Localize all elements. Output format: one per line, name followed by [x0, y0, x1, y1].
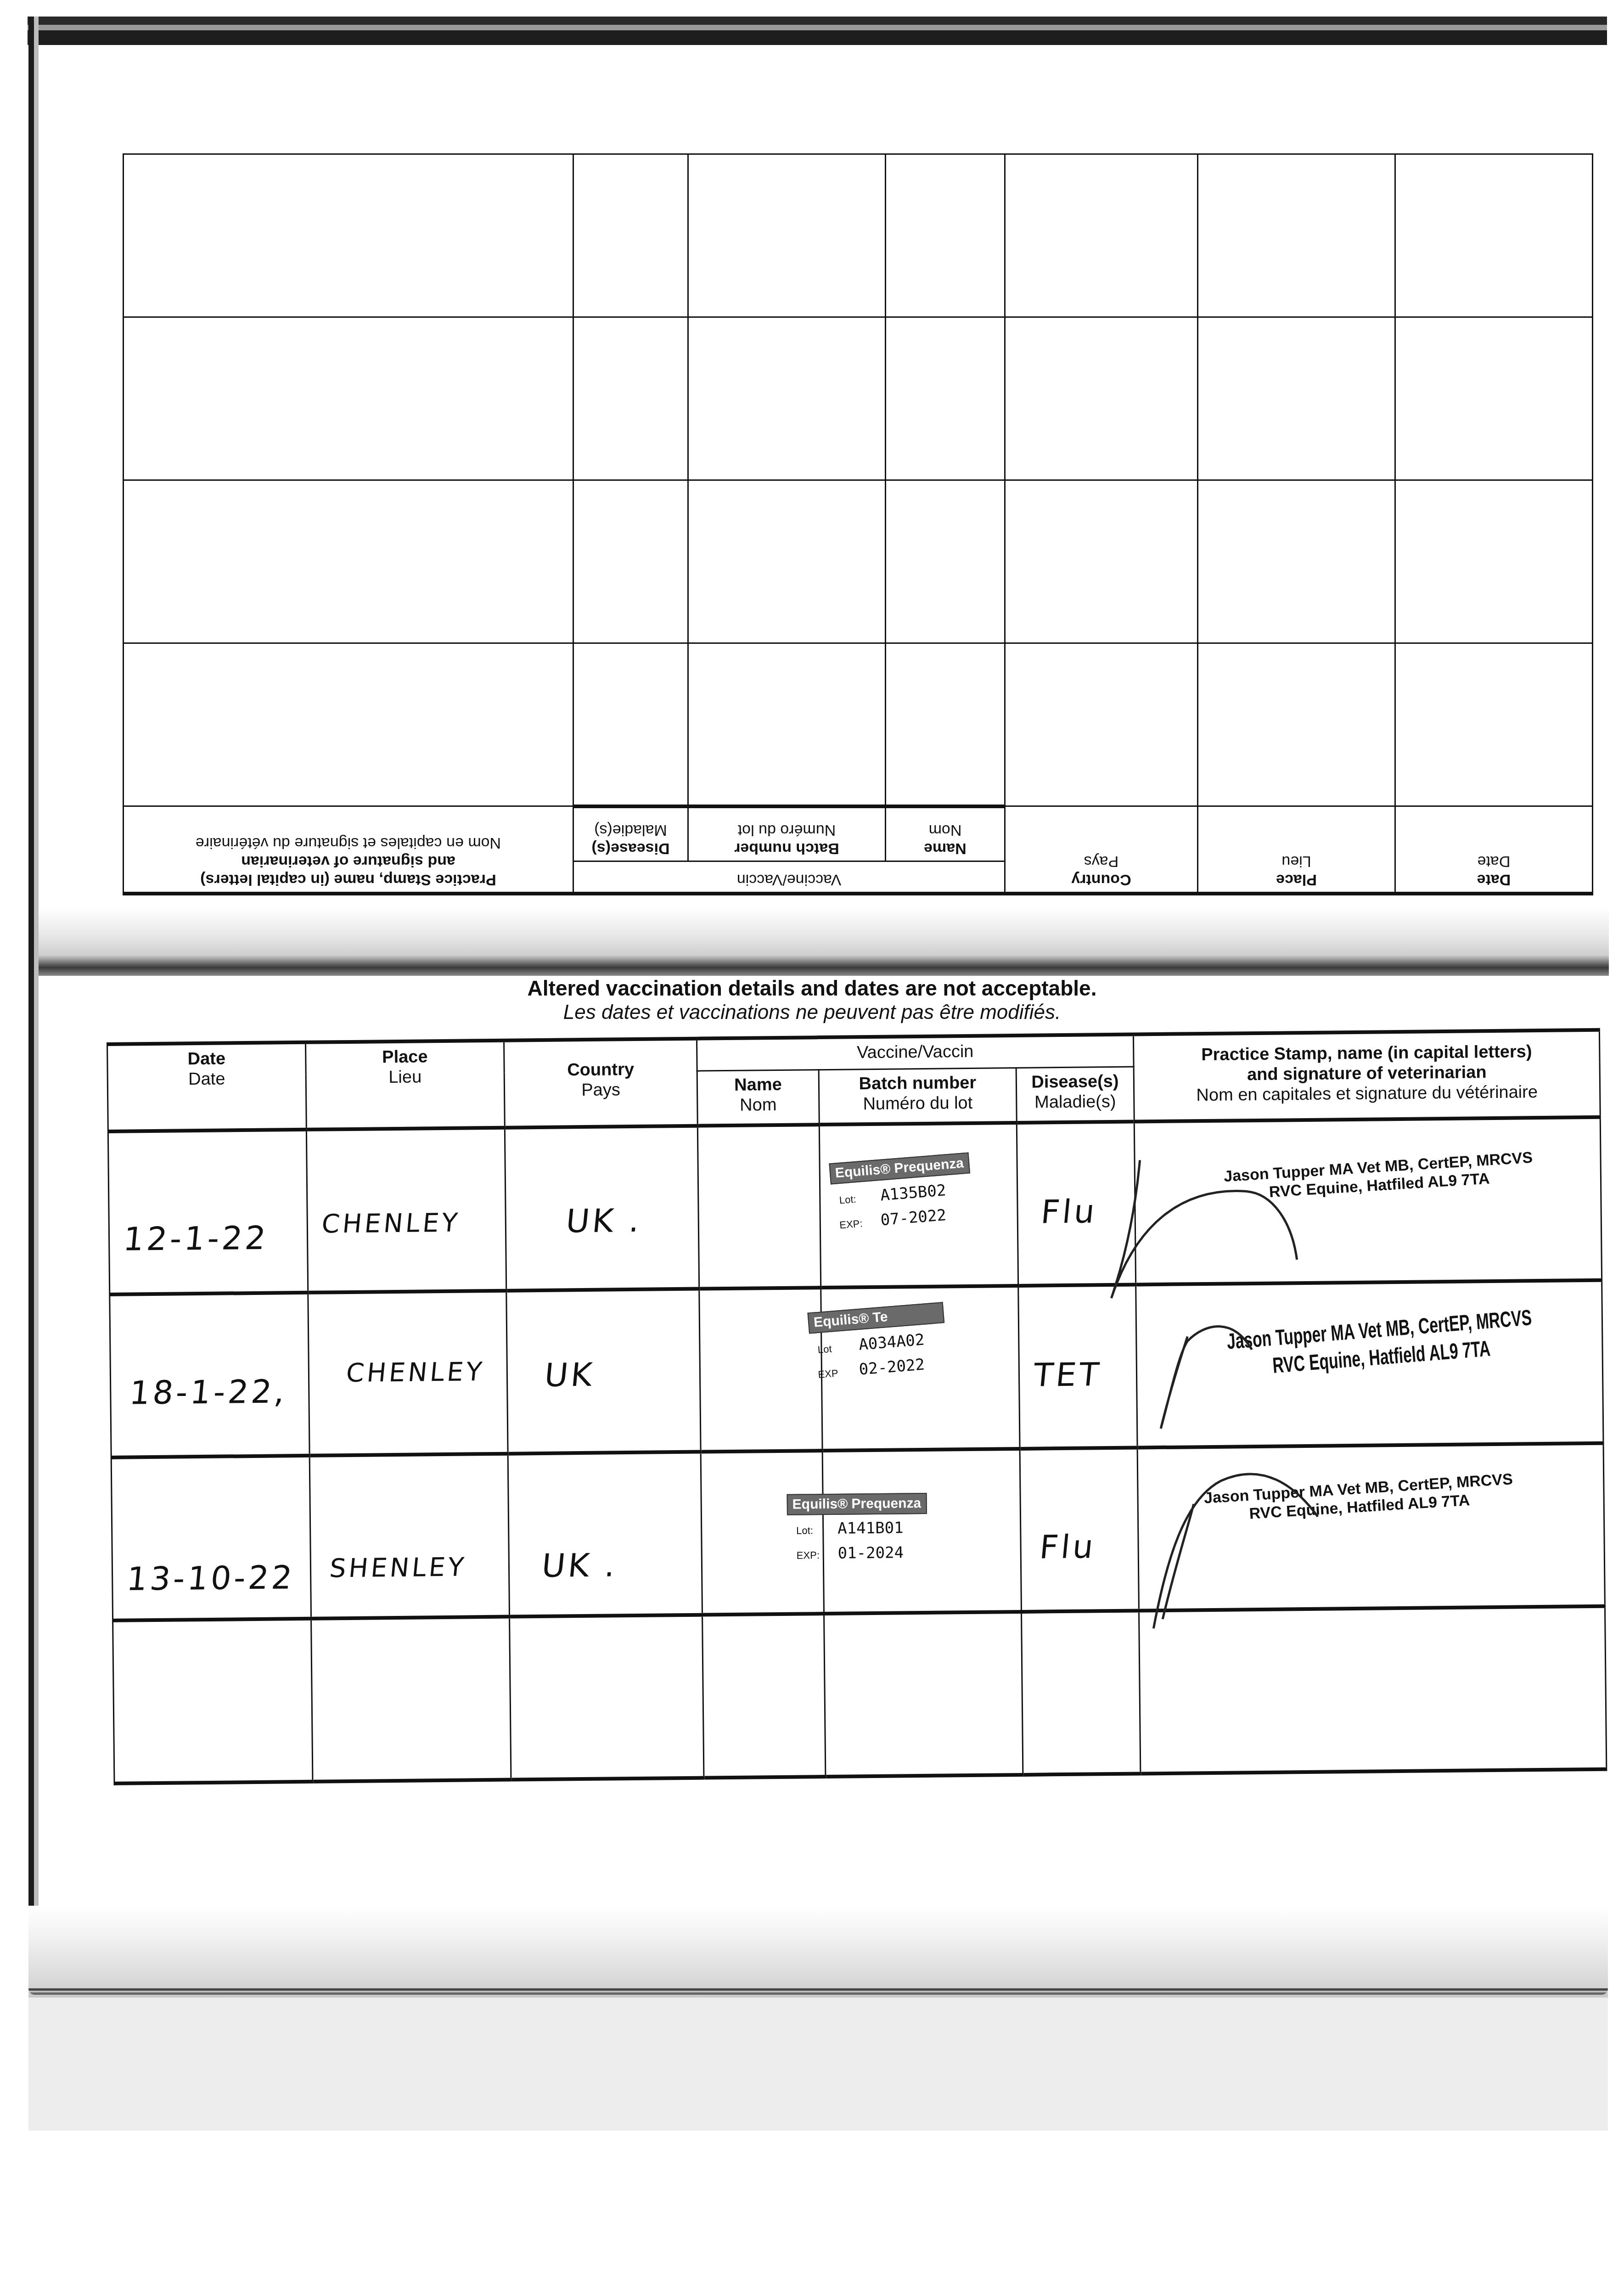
cell-disease: Flu	[1017, 1122, 1135, 1286]
top-table-row	[123, 480, 1592, 643]
handwritten-disease: Flu	[1040, 1193, 1099, 1231]
cell-vaccine-name	[699, 1288, 822, 1452]
top-header-country: CountryPays	[1005, 806, 1198, 894]
handwritten-disease: Flu	[1038, 1528, 1098, 1566]
lot-number: A141B01	[837, 1519, 904, 1537]
vaccine-brand: Equilis® Prequenza	[829, 1152, 970, 1184]
header-batch-number: Batch numberNuméro du lot	[819, 1068, 1017, 1125]
lot-number: A135B02	[880, 1181, 947, 1204]
cell-country: UK .	[505, 1126, 699, 1291]
top-table-row	[123, 317, 1592, 480]
handwritten-place: CHENLEY	[320, 1208, 461, 1239]
handwritten-country: UK	[543, 1356, 596, 1394]
page-bottom-edge	[28, 1988, 1608, 1995]
lot-number: A034A02	[858, 1331, 925, 1354]
handwritten-country: UK .	[564, 1202, 644, 1240]
cell-batch: Equilis® Prequenza Lot:A135B02 EXP:07-20…	[819, 1123, 1018, 1288]
handwritten-disease: TET	[1032, 1356, 1103, 1394]
cell-date: 13-10-22	[111, 1456, 311, 1621]
handwritten-place: CHENLEY	[345, 1357, 486, 1388]
top-page-upside-down: FLU VACCINATIONS SECTION V DateDate Plac…	[115, 41, 1598, 914]
expiry-date: 02-2022	[858, 1356, 925, 1379]
cell-vaccine-name	[702, 1614, 826, 1778]
header-date: DateDate	[107, 1042, 307, 1131]
top-header-vaccine-group: Vaccine/Vaccin	[573, 861, 1005, 894]
vaccine-brand: Equilis® Prequenza	[787, 1493, 927, 1515]
handwritten-place: SHENLEY	[328, 1552, 468, 1583]
vet-stamp: Jason Tupper MA Vet MB, CertEP, MRCVSRVC…	[1156, 1467, 1562, 1529]
vaccination-row: 12-1-22 CHENLEY UK . Equilis® Prequenza …	[108, 1117, 1602, 1294]
cell-stamp: Jason Tupper MA Vet MB, CertEP, MRCVSRVC…	[1137, 1443, 1605, 1611]
cell-disease: TET	[1018, 1285, 1137, 1449]
vaccination-row: 18-1-22, CHENLEY UK Equilis® Te LotA034A…	[110, 1280, 1603, 1458]
cell-place: SHENLEY	[309, 1454, 509, 1619]
cell-place	[311, 1617, 511, 1782]
header-country: CountryPays	[504, 1039, 697, 1128]
top-table-row	[123, 154, 1592, 317]
header-diseases: Disease(s)Maladie(s)	[1016, 1067, 1134, 1123]
header-vaccine-group: Vaccine/Vaccin	[697, 1035, 1134, 1071]
cell-date: 12-1-22	[108, 1130, 308, 1294]
header-vaccine-name: NameNom	[697, 1069, 819, 1126]
handwritten-date: 13-10-22	[125, 1559, 297, 1598]
batch-sticker: Equilis® Prequenza Lot:A141B01 EXP:01-20…	[787, 1492, 953, 1564]
expiry-date: 07-2022	[880, 1206, 947, 1229]
cell-disease	[1021, 1610, 1140, 1774]
handwritten-date: 18-1-22,	[128, 1373, 289, 1412]
header-place: PlaceLieu	[306, 1041, 505, 1130]
cell-date	[113, 1619, 313, 1784]
vaccination-table: DateDate PlaceLieu CountryPays Vaccine/V…	[107, 1028, 1607, 1785]
expiry-date: 01-2024	[838, 1543, 904, 1562]
cell-batch: Equilis® Te LotA034A02 EXP02-2022	[821, 1286, 1020, 1451]
top-vaccination-table: DateDate PlaceLieu CountryPays Vaccine/V…	[123, 154, 1593, 896]
top-header-stamp: Practice Stamp, name (in capital letters…	[123, 806, 573, 894]
cell-stamp	[1139, 1606, 1607, 1774]
top-table-row	[123, 643, 1592, 806]
cell-disease: Flu	[1020, 1447, 1139, 1611]
notice-english: Altered vaccination details and dates ar…	[0, 976, 1624, 1001]
top-header-place: PlaceLieu	[1198, 806, 1395, 894]
top-header-date: DateDate	[1395, 806, 1593, 894]
cell-vaccine-name	[697, 1125, 820, 1289]
scan-background	[28, 1998, 1608, 2131]
batch-sticker: Equilis® Prequenza Lot:A135B02 EXP:07-20…	[830, 1157, 995, 1229]
cell-stamp: Jason Tupper MA Vet MB, CertEP, MRCVSRVC…	[1134, 1117, 1602, 1285]
cell-batch	[824, 1612, 1023, 1777]
page-bottom-curl	[28, 1906, 1608, 2011]
notice-french: Les dates et vaccinations ne peuvent pas…	[0, 1001, 1624, 1024]
top-header-batch: Batch numberNuméro du lot	[688, 806, 886, 861]
vaccine-brand: Equilis® Te	[807, 1302, 944, 1334]
cell-stamp: Jason Tupper MA Vet MB, CertEP, MRCVSRVC…	[1136, 1280, 1603, 1448]
cell-date: 18-1-22,	[110, 1293, 309, 1458]
cell-country: UK .	[508, 1452, 702, 1617]
handwritten-date: 12-1-22	[122, 1219, 270, 1258]
header-practice-stamp: Practice Stamp, name (in capital letters…	[1133, 1030, 1600, 1122]
batch-sticker: Equilis® Te LotA034A02 EXP02-2022	[808, 1306, 974, 1379]
vet-stamp: Jason Tupper MA Vet MB, CertEP, MRCVSRVC…	[1176, 1145, 1581, 1207]
cell-place: CHENLEY	[306, 1128, 506, 1293]
top-header-name: NameNom	[886, 806, 1005, 861]
cell-country	[510, 1615, 704, 1780]
scan-page-edge-top	[28, 17, 1607, 45]
cell-batch: Equilis® Prequenza Lot:A141B01 EXP:01-20…	[822, 1449, 1021, 1614]
cell-place: CHENLEY	[308, 1291, 508, 1456]
page-fold-shadow	[39, 907, 1609, 976]
vaccination-row: 13-10-22 SHENLEY UK . Equilis® Prequenza…	[111, 1443, 1605, 1621]
vet-stamp: Jason Tupper MA Vet MB, CertEP, MRCVSRVC…	[1202, 1302, 1559, 1385]
vaccination-row-empty	[113, 1606, 1607, 1784]
top-header-disease: Disease(s)Maladie(s)	[573, 806, 688, 861]
handwritten-country: UK .	[540, 1546, 619, 1585]
cell-country: UK	[506, 1289, 701, 1454]
